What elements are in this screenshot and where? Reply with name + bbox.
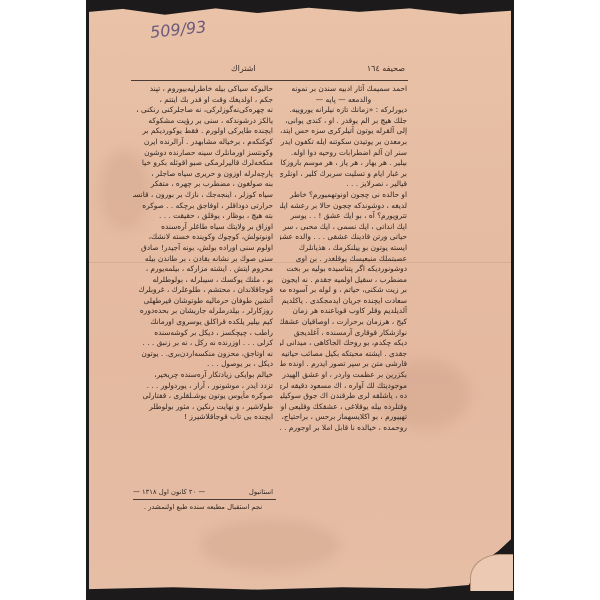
text-line: برمعدن بر یوتیدن سکوتنه ایله تکفون ایدر،: [280, 137, 407, 148]
text-line: پارچه‌لرله اوزون و حریری سیاه صاجلر ،: [133, 169, 273, 180]
text-column-right: احمد سمیمك آثار ادبیه سندن بر نمونه والد…: [280, 84, 407, 434]
text-line: کزلی . . . اوزرنده نه رکل ، نه بر زنبق .…: [133, 338, 273, 349]
text-line: ایسته یوتون بو ییلنکرمك ، هذیانلرك: [280, 243, 407, 254]
page-number: صحیفه ١٦٤: [367, 64, 405, 73]
text-line: منکخه‌لرك قالیرلرمکی صبو اقوئله بکرو خیا: [133, 158, 273, 169]
dateline-city: استانبول: [249, 488, 273, 496]
text-line: روحمده ، خیالده نا قابل املا بر اوجورم .…: [280, 423, 407, 434]
text-line: موجودیتك لك آواره ، اك مسعود دقیقه لری: [280, 381, 407, 392]
printer-imprint: نجم استقبال مطبعه سنده طبع اولنمشدر .: [133, 503, 273, 511]
text-line: روزکارلر ، بیلدرملرله جاریشان بر بحده‌دو…: [133, 306, 273, 317]
text-line: ایچنده طایرکی اولورم . فقط یوکوردیکم بر: [133, 126, 273, 137]
text-line: تتروپورم؟ آه ، بو ایك عشق ! . . یوسر: [280, 211, 407, 222]
text-line: دیورلرکه : «زمانك تازه نیلرانه یوروییه.: [280, 105, 407, 116]
text-line: نه اوتاجق، محزون منکسه‌اردن‌بری. . یوتون: [133, 349, 273, 360]
text-line: قوجاقلاندان ، محتشم ، طلوعلرك ، غروبلرك: [133, 285, 273, 296]
text-line: دیکه چکدم، بو روحك الجاکاهی ، میدانی لول…: [280, 338, 407, 349]
text-line: وکونتسز اورمانلرك سینه حصارنده دوشون: [133, 148, 273, 159]
text-line: سنر ان آلم اضطرابات روحیه دوا اوله.: [280, 148, 407, 159]
text-line: سعادت ایچنده جریان ایدمجکدی . یاکلدیم: [280, 296, 407, 307]
footer-rule: [133, 499, 276, 500]
text-line: قارشی متن بر سپر تصور ایدرم . اونده طیب: [280, 359, 407, 370]
text-line: آلدیلدیم وقلر کاوب قوباعنده هر زمان: [280, 306, 407, 317]
text-line: حالبوکه سیاکی بیله خاطرلیه‌بیوروم ، تپند: [133, 84, 273, 95]
text-line: جکم ، اولدیغك وقت او قدر بك ایتتم ،: [133, 95, 273, 106]
text-column-left: حالبوکه سیاکی بیله خاطرلیه‌بیوروم ، تپند…: [133, 84, 273, 423]
text-line: بو ، ملنك یوکسك ، سیبلرله ، بولوطلرله: [133, 275, 273, 286]
text-line: بته هیچ ، بوظار ، یوقلق ، حقیقت . . .: [133, 211, 273, 222]
text-line: قیالیر ، نصرلایز . . .: [280, 179, 407, 190]
text-line: جلك هیچ بر الم یوقدر . او ، کندی یوانی،: [280, 116, 407, 127]
text-line: نوازشکار قوقاری آرمسنده ، آغلدیجق: [280, 328, 407, 339]
text-line: آتشین طوفان حرمالیه طوتوشان قیرطهلی: [133, 296, 273, 307]
text-line: بکزرین بر عظمت واردر ، او عشق الهیدر .: [280, 370, 407, 381]
text-line: عصبتملك منبعیسك یوقلغدر . بن اوی: [280, 254, 407, 265]
text-line: طولاشیر ، و نهایت رنکین ، مئور بولوطلر: [133, 402, 273, 413]
text-line: اولوم سنی اوراده بولش، بونه آجیدر! صادق: [133, 243, 273, 254]
text-line: تزدد ایدر ، موشونور ، آرار ، یوردولور . …: [133, 381, 273, 392]
text-line: اونوتولش، کوچوك وکوینده خسته لانشك،: [133, 232, 273, 243]
text-line: بیلیر . هر بهار ، هر یاز ، هر موسم باروز…: [280, 158, 407, 169]
header-rule: [131, 80, 408, 81]
dateline-date: — ٢٠ كانون اول ١٣١٨ —: [133, 488, 205, 496]
text-line: خیالم بوایکی زیادتکار آره‌سنده چریخیر،: [133, 370, 273, 381]
text-line: بنه صولغون ، مضطرب بر چهره ، متفکر: [133, 179, 273, 190]
text-line: راطب ، چیچکسز ، دیکل بر کوشه‌سنده: [133, 328, 273, 339]
text-line: اوزاق بر ولایتك سیاه طاغلر آره‌سنده: [133, 222, 273, 233]
text-line: کیج ، هرزمان برحرارت ، اوصاقیان عشقك: [280, 317, 407, 328]
text-line: بر غبار ایام و تسلیت سربرك کلیر ، اونلری: [280, 169, 407, 180]
paper-stain: [200, 520, 340, 570]
text-line: صوکره مأیوس یوتون یوشـلقلری ، قفتارلی: [133, 391, 273, 402]
text-line: ایك انداتی ، ایك نسمی ، ایك محبی ، سر: [280, 222, 407, 233]
text-line: دیکل ، بر یوصول . . .: [133, 359, 273, 370]
text-line: نه چهره‌کی‌نه‌گوزلرکی، نه صاجلرکنی رنکنی…: [133, 105, 273, 116]
text-line: یالکز درشوندکه ، سنی بر رؤیت مشکوکه: [133, 116, 273, 127]
page-header: صحیفه ١٦٤ اشتراك: [133, 64, 407, 78]
text-line: إلی آلقرله یوتون آتیلرکری سزه حس ایتد،: [280, 126, 407, 137]
text-line: ده ، یاشلقه لری طرقندن اك جوق سوکیلیکم: [280, 391, 407, 402]
text-line: مضطرب ، سقیل اولمیه جقدم . نه ایجون: [280, 275, 407, 286]
text-line: کیم بیلیر یلکده قراکلق یوسروی اورمانك: [133, 317, 273, 328]
text-line: حرارتی دوداقلر ، اوفاجق برچکه . . صوکره: [133, 201, 273, 212]
text-line: او حالده نی چجون اونوتهمیورم؟ خاطر: [280, 190, 407, 201]
text-line: جقدی . ایشته محبتکه بکیل مصائب حیاتیه: [280, 349, 407, 360]
text-line: سیاه کوزلر ، اینجه‌جك ، نازك بر بورون ، …: [133, 190, 273, 201]
text-line: بر زیت شکنی، حیاتم ، و لوله بر آسوده محی: [280, 285, 407, 296]
text-line: تهییورم ، بو اکلایسهماز برحس ، براحتیاج،: [280, 412, 407, 423]
text-line: لدیغه ، دوشوندکه چجون حالا بر رعشه ایله: [280, 201, 407, 212]
text-line: احمد سمیمك آثار ادبیه سندن بر نمونه: [280, 84, 407, 95]
text-line: والدمعه — پایه —: [280, 95, 407, 106]
text-line: وقتلرده بیله یوقلاغی ، عشقکك وقلیعی اولو…: [280, 402, 407, 413]
text-line: حیاتی ورتن قادینك عشقی . . . والده عشق: [280, 232, 407, 243]
text-line: ایچنده بی تاب قوجاقلاشیرز !: [133, 412, 273, 423]
text-line: سنی صوك بر نشانه بقادن ، بر طاندن بیله: [133, 254, 273, 265]
text-line: کوکنکه‌م ، برخیاله مشابهدر . آرالرنده ای…: [133, 137, 273, 148]
running-title: اشتراك: [231, 64, 256, 73]
text-line: محروم ایتش . ایشته مزارکه ، بیلمه‌یورم ،: [133, 264, 273, 275]
dateline: استانبول — ٢٠ كانون اول ١٣١٨ —: [133, 488, 273, 496]
text-line: دوشونوردیکه اگر پتناسیده بولیه بر بخت: [280, 264, 407, 275]
